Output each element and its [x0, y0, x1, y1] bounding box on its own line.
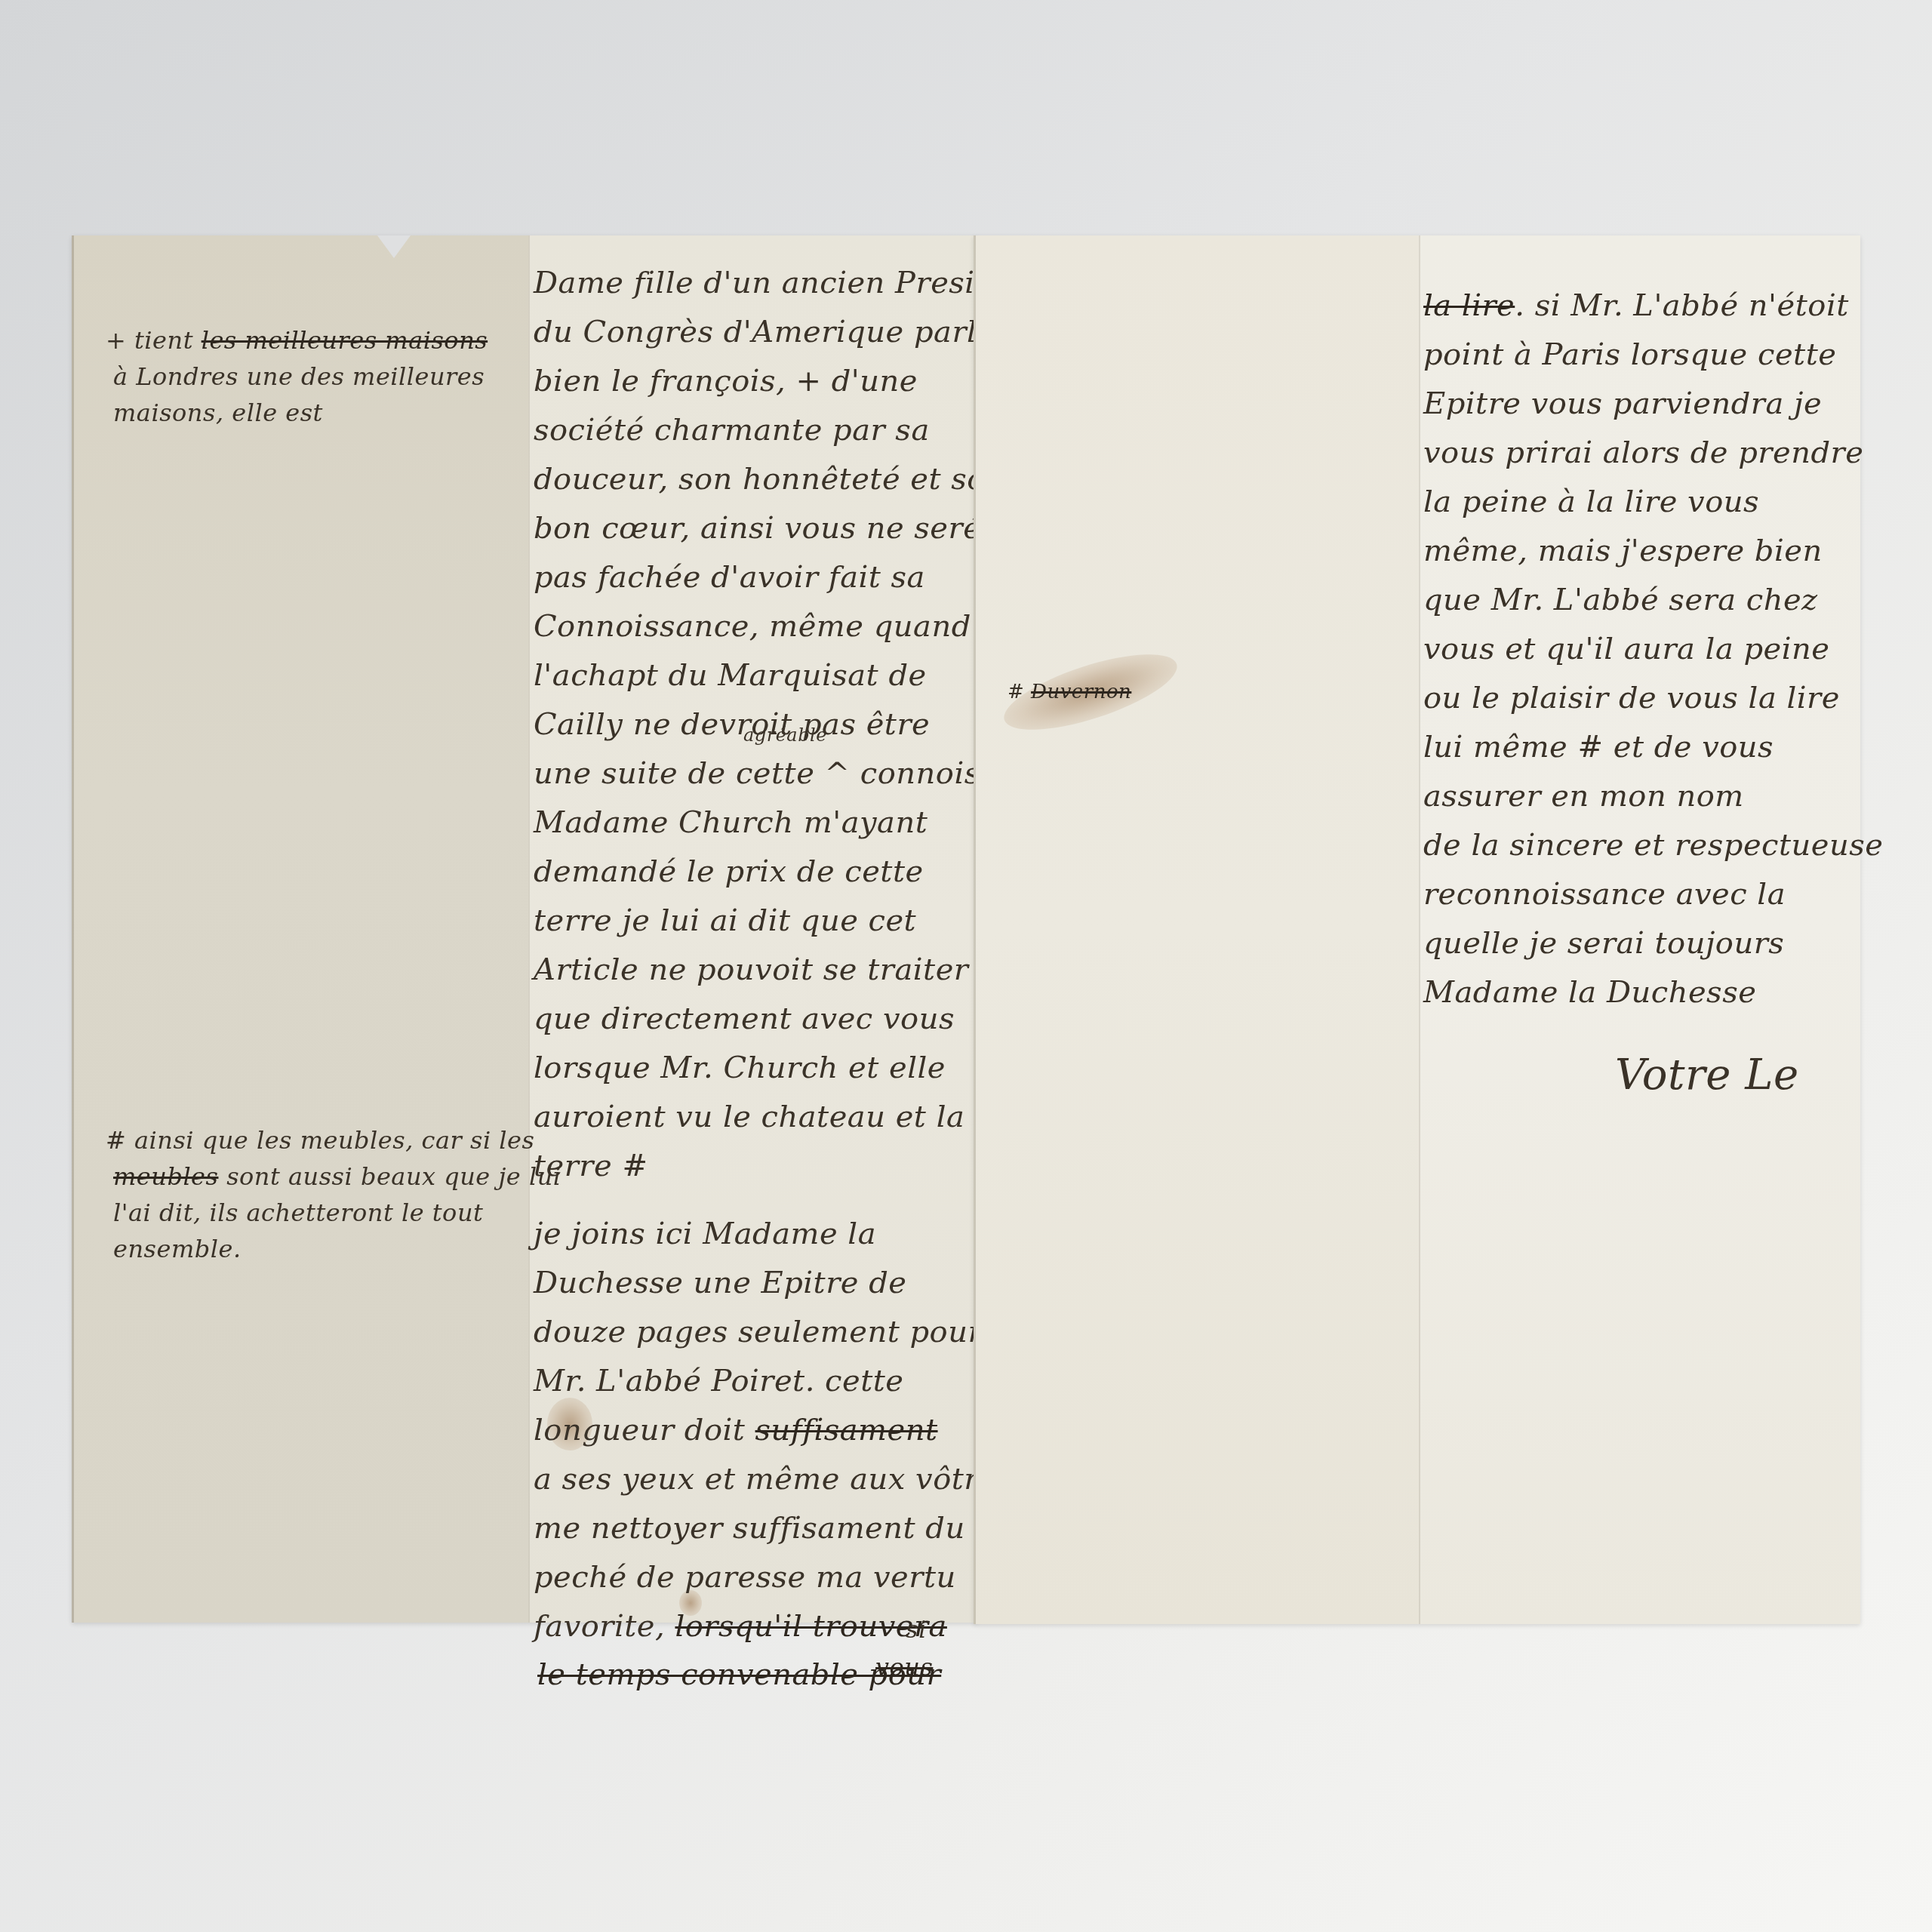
letter-line: Connoissance, même quand: [534, 609, 971, 644]
letter-line: la lire. si Mr. L'abbé n'étoit: [1423, 288, 1849, 323]
margin-note-line: à Londres une des meilleures: [113, 362, 485, 391]
interlinear-insert: agréable: [743, 724, 827, 746]
sheet-edge: [974, 235, 976, 1624]
margin-note-line: + tient les meilleures maisons: [106, 326, 488, 355]
margin-note-line: maisons, elle est: [113, 398, 323, 427]
letter-line: que directement avec vous: [534, 1001, 955, 1036]
letter-line: de la sincere et respectueuse: [1423, 828, 1883, 863]
closing-signature: Votre Le: [1615, 1051, 1799, 1100]
letter-line: société charmante par sa: [534, 413, 930, 448]
letter-line: lorsque Mr. Church et elle: [534, 1051, 946, 1085]
letter-line: reconnoissance avec la: [1423, 877, 1786, 912]
letter-line: ou le plaisir de vous la lire: [1423, 681, 1840, 715]
margin-note-line: ensemble.: [113, 1235, 241, 1263]
fold-line: [1419, 235, 1420, 1624]
letter-line: Article ne pouvoit se traiter: [534, 952, 968, 987]
letter-line: douceur, son honnêteté et son: [534, 462, 1005, 497]
letter-line: assurer en mon nom: [1423, 779, 1744, 814]
letter-line: Epitre vous parviendra je: [1423, 386, 1822, 421]
letter-line: demandé le prix de cette: [534, 854, 924, 889]
letter-line: pas fachée d'avoir fait sa: [534, 560, 925, 595]
letter-line: bon cœur, ainsi vous ne serés: [534, 511, 997, 546]
letter-line: Madame la Duchesse: [1423, 975, 1756, 1010]
margin-note-line: # ainsi que les meubles, car si les: [106, 1126, 534, 1155]
letter-line: vous prirai alors de prendre: [1423, 435, 1863, 470]
letter-line: point à Paris lorsque cette: [1423, 337, 1836, 372]
letter-line: bien le françois, + d'une: [534, 364, 918, 398]
right-sheet-blank-panel: [974, 235, 1419, 1624]
letter-line: même, mais j'espere bien: [1423, 534, 1823, 568]
letter-line: l'achapt du Marquisat de: [534, 658, 927, 693]
margin-note-line: l'ai dit, ils achetteront le tout: [113, 1198, 483, 1227]
insert-word: si: [906, 1615, 927, 1644]
struck-word: vous: [875, 1653, 933, 1681]
letter-line: auroient vu le chateau et la: [534, 1100, 964, 1134]
letter-line: Cailly ne devroit pas être: [534, 707, 930, 742]
center-note: # Duvernon: [1008, 681, 1131, 703]
letter-line: vous et qu'il aura la peine: [1423, 632, 1829, 666]
letter-line: Madame Church m'ayant: [534, 805, 928, 840]
margin-note-line: meubles sont aussi beaux que je lui: [113, 1162, 561, 1191]
letter-line: Mr. L'abbé Poiret. cette: [534, 1364, 903, 1398]
letter-line: lui même # et de vous: [1423, 730, 1774, 764]
letter-line: terre je lui ai dit que cet: [534, 903, 916, 938]
letter-line: longueur doit suffisament: [534, 1413, 938, 1447]
letter-line: quelle je serai toujours: [1423, 926, 1784, 961]
right-sheet: # Duvernon la lire. si Mr. L'abbé n'étoi…: [974, 235, 1860, 1624]
letter-line: terre #: [534, 1149, 648, 1183]
fold-line: [528, 235, 530, 1623]
letter-line: favorite, lorsqu'il trouvera: [534, 1609, 947, 1644]
letter-line: du Congrès d'Amerique parle: [534, 315, 995, 349]
letter-line: Duchesse une Epitre de: [534, 1266, 906, 1300]
letter-line: la peine à la lire vous: [1423, 485, 1759, 519]
letter-line: je joins ici Madame la: [534, 1217, 876, 1251]
sheet-edge: [72, 235, 74, 1623]
letter-line: que Mr. L'abbé sera chez: [1423, 583, 1818, 617]
letter-line: me nettoyer suffisament du: [534, 1511, 965, 1546]
letter-line: douze pages seulement pour: [534, 1315, 983, 1349]
letter-line: a ses yeux et même aux vôtres: [534, 1462, 1013, 1497]
letter-line: peché de paresse ma vertu: [534, 1560, 956, 1595]
letter-line: Dame fille d'un ancien President: [534, 266, 1045, 300]
left-sheet: + tient les meilleures maisons à Londres…: [72, 235, 977, 1623]
left-sheet-margin-panel: [72, 235, 528, 1623]
paper-tear-notch: [377, 235, 411, 258]
